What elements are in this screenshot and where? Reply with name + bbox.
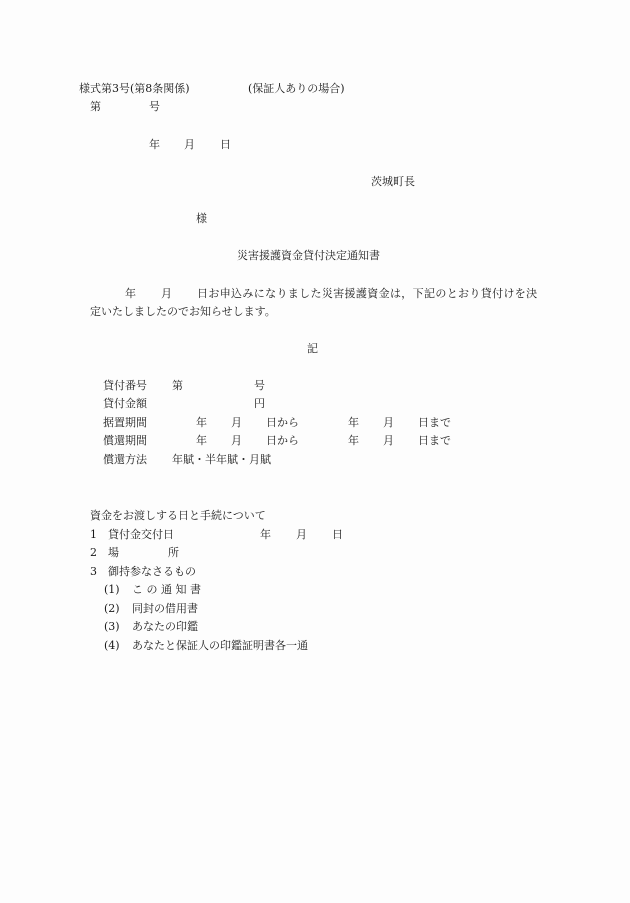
repay-method-label: 償還方法 <box>103 453 147 467</box>
date-day: 日 <box>220 138 231 152</box>
ki-label: 記 <box>307 342 318 356</box>
item-1-label: 貸付金交付日 <box>108 528 174 542</box>
item-1-day: 日 <box>332 528 343 542</box>
repay-period-label: 償還期間 <box>103 434 147 448</box>
bring-1-text: こ の 通 知 書 <box>132 583 201 597</box>
bring-1-num: (1) <box>104 583 120 597</box>
repay-method-value: 年賦・半年賦・月賦 <box>172 453 271 467</box>
loan-amount-unit: 円 <box>254 397 265 411</box>
body-month: 月 <box>161 287 172 301</box>
document-title: 災害援護資金貸付決定通知書 <box>237 249 380 263</box>
bring-2-num: (2) <box>104 602 120 616</box>
body-line1: 日お申込みになりました災害援護資金は，下記のとおり貸付けを決 <box>197 287 538 301</box>
grace-m2: 月 <box>383 416 394 430</box>
recipient-suffix: 様 <box>196 212 207 226</box>
loan-number-prefix: 第 <box>172 379 183 393</box>
repay-m2: 月 <box>383 434 394 448</box>
date-month: 月 <box>184 138 195 152</box>
repay-y1: 年 <box>196 434 207 448</box>
repay-d2: 日まで <box>418 434 451 448</box>
bring-3-num: (3) <box>104 620 120 634</box>
loan-amount-label: 貸付金額 <box>103 397 147 411</box>
grace-period-label: 据置期間 <box>103 416 147 430</box>
item-1-year: 年 <box>260 528 271 542</box>
item-2-label-b: 所 <box>168 546 179 560</box>
case-note: (保証人ありの場合) <box>248 82 345 96</box>
number-prefix: 第 <box>90 100 101 114</box>
issuer: 茨城町長 <box>371 175 415 189</box>
repay-y2: 年 <box>348 434 359 448</box>
grace-y2: 年 <box>348 416 359 430</box>
form-label: 様式第3号(第8条関係) <box>79 82 190 96</box>
bring-2-text: 同封の借用書 <box>132 602 198 616</box>
loan-number-suffix: 号 <box>254 379 265 393</box>
item-3-label: 御持参なさるもの <box>108 565 196 579</box>
grace-m1: 月 <box>231 416 242 430</box>
grace-y1: 年 <box>196 416 207 430</box>
item-2-num: 2 <box>90 546 97 560</box>
item-3-num: 3 <box>90 565 97 579</box>
item-2-label-a: 場 <box>108 546 119 560</box>
bring-3-text: あなたの印鑑 <box>132 620 198 634</box>
bring-4-text: あなたと保証人の印鑑証明書各一通 <box>132 639 308 653</box>
repay-d1: 日から <box>266 434 299 448</box>
date-year: 年 <box>149 138 160 152</box>
procedure-heading: 資金をお渡しする日と手続について <box>90 509 266 523</box>
item-1-num: 1 <box>90 528 97 542</box>
bring-4-num: (4) <box>104 639 120 653</box>
number-suffix: 号 <box>149 100 160 114</box>
grace-d1: 日から <box>266 416 299 430</box>
body-year: 年 <box>125 287 136 301</box>
body-line2: 定いたしましたのでお知らせします。 <box>90 305 276 319</box>
item-1-month: 月 <box>296 528 307 542</box>
loan-number-label: 貸付番号 <box>103 379 147 393</box>
repay-m1: 月 <box>231 434 242 448</box>
grace-d2: 日まで <box>418 416 451 430</box>
